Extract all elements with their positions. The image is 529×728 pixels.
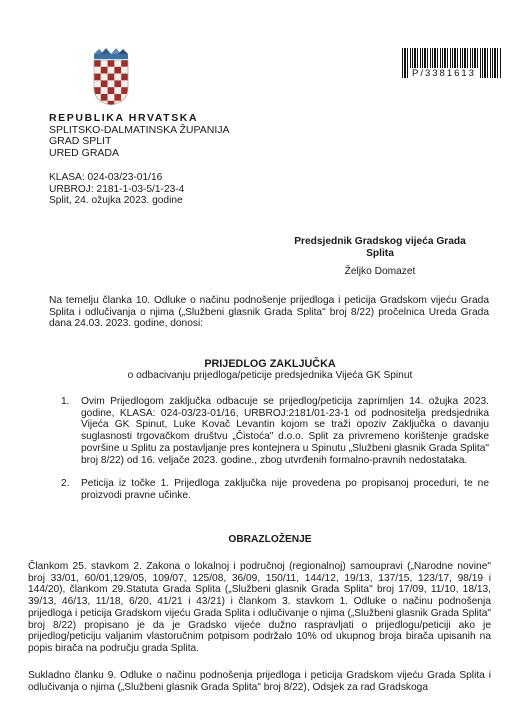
klasa: KLASA: 024-03/23-01/16: [49, 172, 184, 184]
proposal-heading: PRIJEDLOG ZAKLJUČKA o odbacivanju prijed…: [100, 358, 440, 381]
proposal-items: 1. Ovim Prijedlogom zaključka odbacuje s…: [61, 396, 489, 514]
city-name: GRAD SPLIT: [49, 136, 229, 148]
intro-paragraph: Na temelju članka 10. Odluke o načinu po…: [49, 295, 489, 330]
document-date: Split, 24. ožujka 2023. godine: [49, 195, 184, 207]
issuer-header: REPUBLIKA HRVATSKA SPLITSKO-DALMATINSKA …: [49, 113, 229, 159]
proposal-subtitle: o odbacivanju prijedloga/peticije predsj…: [100, 370, 440, 381]
item-text: Peticija iz točke 1. Prijedloga zaključk…: [81, 478, 489, 501]
reasoning-paragraph: Sukladno članku 9. Odluke o načinu podno…: [28, 670, 491, 693]
reasoning-title: OBRAZLOŽENJE: [100, 534, 440, 545]
country-name: REPUBLIKA HRVATSKA: [49, 113, 229, 125]
item-text: Ovim Prijedlogom zaključka odbacuje se p…: [81, 396, 489, 466]
reasoning-paragraph: Člankom 25. stavkom 2. Zakona o lokalnoj…: [28, 561, 491, 655]
document-meta: KLASA: 024-03/23-01/16 URBROJ: 2181-1-03…: [49, 172, 184, 207]
list-item: 2. Peticija iz točke 1. Prijedloga zaklj…: [61, 478, 489, 501]
list-item: 1. Ovim Prijedlogom zaključka odbacuje s…: [61, 396, 489, 466]
urbroj: URBROJ: 2181-1-03-5/1-23-4: [49, 184, 184, 196]
coat-of-arms-icon: [91, 48, 131, 106]
item-number: 2.: [61, 478, 70, 490]
document-barcode: P/3381613: [402, 48, 502, 78]
office-name: URED GRADA: [49, 148, 229, 160]
item-number: 1.: [61, 396, 70, 408]
barcode-number: P/3381613: [410, 68, 478, 79]
proposal-title: PRIJEDLOG ZAKLJUČKA: [100, 358, 440, 370]
addressee-title: Predsjednik Gradskog vijeća Grada Splita: [290, 236, 470, 259]
addressee-name: Željko Domazet: [290, 266, 470, 277]
